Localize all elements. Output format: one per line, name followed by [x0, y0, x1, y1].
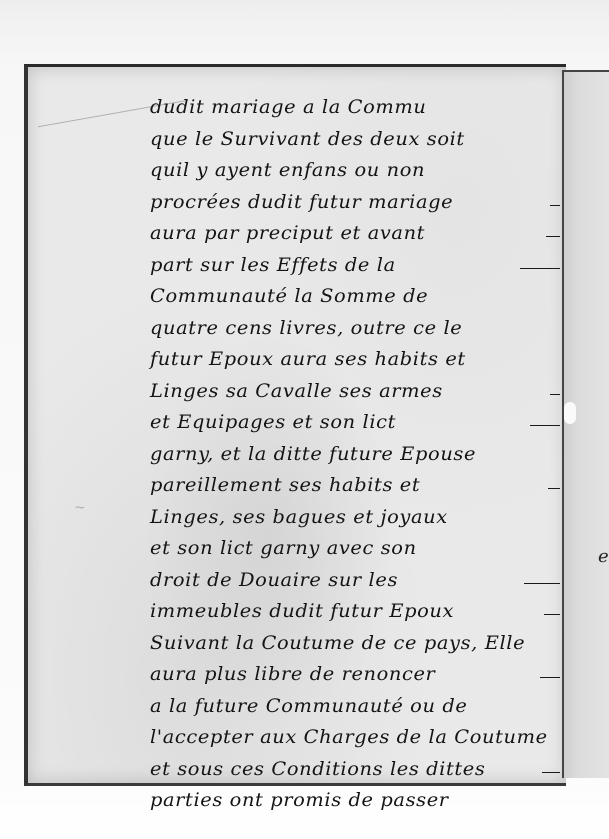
line-filler-stroke	[540, 677, 560, 678]
text-line: et son lict garny avec son	[150, 533, 560, 565]
facing-page-edge: e	[562, 70, 609, 778]
line-filler-stroke	[520, 268, 560, 269]
text-line: et sous ces Conditions les dittes	[150, 754, 560, 786]
line-text: part sur les Effets de la	[150, 250, 396, 282]
text-line: quil y ayent enfans ou non	[150, 155, 560, 187]
text-line: part sur les Effets de la	[150, 250, 560, 282]
text-line: Communauté la Somme de	[150, 281, 560, 313]
text-line: immeubles dudit futur Epoux	[150, 596, 560, 628]
handwritten-text-block: dudit mariage a la Commu que le Survivan…	[150, 92, 560, 817]
line-filler-stroke	[548, 488, 560, 489]
line-text: Suivant la Coutume de ce pays, Elle	[150, 628, 525, 660]
line-filler-stroke	[544, 614, 560, 615]
text-line: l'accepter aux Charges de la Coutume	[150, 722, 560, 754]
line-text: procrées dudit futur mariage	[150, 187, 453, 219]
text-line: que le Survivant des deux soit	[150, 124, 560, 156]
line-text: aura par preciput et avant	[150, 218, 425, 250]
line-text: garny, et la ditte future Epouse	[150, 439, 476, 471]
facing-page-letter: e	[598, 546, 609, 567]
line-text: quil y ayent enfans ou non	[150, 155, 425, 187]
line-text: quatre cens livres, outre ce le	[150, 313, 462, 345]
line-text: Communauté la Somme de	[150, 281, 428, 313]
text-line: garny, et la ditte future Epouse	[150, 439, 560, 471]
text-line: Linges, ses bagues et joyaux	[150, 502, 560, 534]
line-filler-stroke	[550, 205, 560, 206]
text-line: parties ont promis de passer	[150, 785, 560, 817]
line-text: immeubles dudit futur Epoux	[150, 596, 454, 628]
line-text: Linges sa Cavalle ses armes	[150, 376, 443, 408]
line-text: et Equipages et son lict	[150, 407, 396, 439]
text-line: a la future Communauté ou de	[150, 691, 560, 723]
text-line: aura plus libre de renoncer	[150, 659, 560, 691]
line-filler-stroke	[546, 236, 560, 237]
line-text: Linges, ses bagues et joyaux	[150, 502, 448, 534]
text-line: droit de Douaire sur les	[150, 565, 560, 597]
text-line: et Equipages et son lict	[150, 407, 560, 439]
line-filler-stroke	[550, 394, 560, 395]
ink-smudge: ~	[74, 500, 134, 530]
line-text: dudit mariage a la Commu	[150, 92, 426, 124]
line-text: droit de Douaire sur les	[150, 565, 398, 597]
text-line: dudit mariage a la Commu	[150, 92, 560, 124]
text-line: procrées dudit futur mariage	[150, 187, 560, 219]
line-text: a la future Communauté ou de	[150, 691, 467, 723]
line-filler-stroke	[530, 425, 560, 426]
line-text: et sous ces Conditions les dittes	[150, 754, 485, 786]
wax-blot	[564, 402, 576, 424]
line-filler-stroke	[524, 583, 560, 584]
line-text: l'accepter aux Charges de la Coutume	[150, 722, 548, 754]
line-text: pareillement ses habits et	[150, 470, 420, 502]
line-text: futur Epoux aura ses habits et	[150, 344, 466, 376]
text-line: pareillement ses habits et	[150, 470, 560, 502]
line-text: que le Survivant des deux soit	[150, 124, 465, 156]
line-text: aura plus libre de renoncer	[150, 659, 435, 691]
line-text: et son lict garny avec son	[150, 533, 417, 565]
text-line: futur Epoux aura ses habits et	[150, 344, 560, 376]
line-filler-stroke	[542, 772, 560, 773]
text-line: aura par preciput et avant	[150, 218, 560, 250]
text-line: quatre cens livres, outre ce le	[150, 313, 560, 345]
text-line: Linges sa Cavalle ses armes	[150, 376, 560, 408]
text-line: Suivant la Coutume de ce pays, Elle	[150, 628, 560, 660]
scanned-image: e ~ dudit mariage a la Commu que le Surv…	[0, 0, 609, 839]
line-text: parties ont promis de passer	[150, 785, 449, 817]
